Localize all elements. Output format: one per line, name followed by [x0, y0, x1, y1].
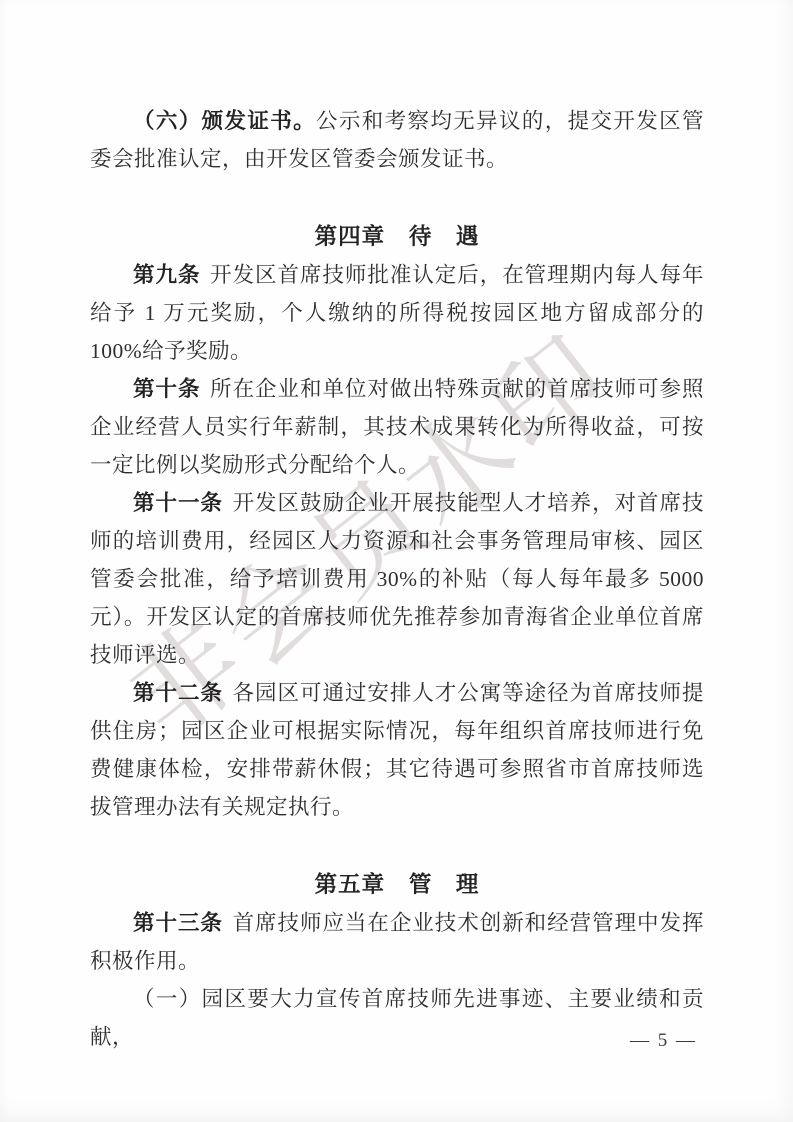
chapter-5-heading: 第五章管 理	[90, 866, 704, 904]
paragraph-certificate: （六）颁发证书。公示和考察均无异议的，提交开发区管委会批准认定，由开发区管委会颁…	[90, 102, 704, 178]
paragraph-article-10: 第十条所在企业和单位对做出特殊贡献的首席技师可参照企业经营人员实行年薪制，其技术…	[90, 370, 704, 484]
paragraph-article-12: 第十二条各园区可通过安排人才公寓等途径为首席技师提供住房；园区企业可根据实际情况…	[90, 674, 704, 826]
paragraph-article-9: 第九条开发区首席技师批准认定后，在管理期内每人每年给予 1 万元奖励，个人缴纳的…	[90, 256, 704, 370]
paragraph-article-11: 第十一条开发区鼓励企业开展技能型人才培养，对首席技师的培训费用，经园区人力资源和…	[90, 484, 704, 674]
article-9-lead: 第九条	[133, 263, 200, 287]
article-11-text: 开发区鼓励企业开展技能型人才培养，对首席技师的培训费用，经园区人力资源和社会事务…	[90, 491, 704, 667]
page-number: — 5 —	[630, 1030, 697, 1052]
article-11-lead: 第十一条	[133, 491, 223, 515]
chapter-4-heading: 第四章待 遇	[90, 218, 704, 256]
item-1-text: （一）园区要大力宣传首席技师先进事迹、主要业绩和贡献，	[90, 987, 704, 1049]
chapter-4-title: 待 遇	[409, 224, 480, 249]
article-13-lead: 第十三条	[133, 911, 223, 935]
chapter-5-number: 第五章	[315, 872, 386, 897]
article-12-lead: 第十二条	[133, 681, 223, 705]
paragraph-certificate-lead: （六）颁发证书。	[133, 109, 316, 133]
article-10-lead: 第十条	[133, 377, 200, 401]
document-page: 非会员水印 （六）颁发证书。公示和考察均无异议的，提交开发区管委会批准认定，由开…	[0, 0, 793, 1122]
page-content: （六）颁发证书。公示和考察均无异议的，提交开发区管委会批准认定，由开发区管委会颁…	[90, 102, 704, 1056]
chapter-4-number: 第四章	[315, 224, 386, 249]
paragraph-article-13: 第十三条首席技师应当在企业技术创新和经营管理中发挥积极作用。	[90, 904, 704, 980]
paragraph-item-1: （一）园区要大力宣传首席技师先进事迹、主要业绩和贡献，	[90, 980, 704, 1056]
chapter-5-title: 管 理	[409, 872, 480, 897]
